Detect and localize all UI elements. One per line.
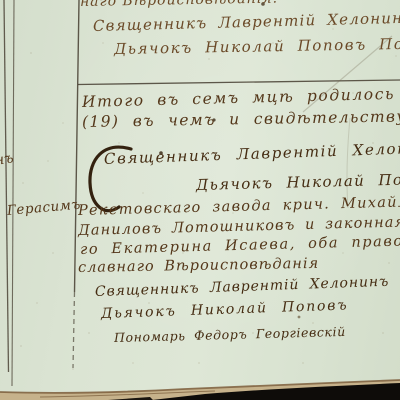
entry-text-line-2: Даниловъ Лотошниковъ и законная жена е: [78, 212, 400, 239]
column-divider-dashed: [73, 292, 75, 368]
paper-crease: [347, 118, 350, 208]
entry-text-line-4: славнаго Вѣроисповѣданія: [78, 256, 319, 276]
initial-flourish: [90, 147, 131, 211]
closing-ponomar-signature: Пономарь Федоръ Георгіевскій: [114, 324, 346, 345]
attest-priest-signature: Священникъ Лаврентій Хелони: [104, 139, 400, 168]
paper-foxing-specks: [0, 0, 2, 2]
register-page-scan: нъ Герасимъ наго Вѣроисповѣданія. Священ…: [0, 0, 400, 400]
closing-sexton-signature: Дьячокъ Николай Поповъ: [101, 297, 349, 322]
closing-priest-signature: Священникъ Лаврентій Хелонинъ: [95, 274, 390, 300]
top-priest-signature: Священникъ Лаврентій Хелонинъ Д: [93, 8, 400, 35]
entry-text-line-3: го Екатерина Исаева, оба правое- Ев: [80, 232, 400, 258]
left-rule-outer: [4, 0, 9, 372]
torn-edge-line: [0, 380, 400, 393]
entry-text-line-1: Рекетовскаго завода крич. Михайло М: [78, 193, 400, 219]
torn-edge-fiber: [40, 391, 215, 397]
attest-sexton-signature: Дьячокъ Николай Попов: [196, 170, 400, 194]
margin-cut-fragment: нъ: [0, 150, 15, 169]
summary-line-1: Итого въ семъ мцѣ родилось Му: [82, 84, 400, 111]
column-divider-solid: [75, 0, 80, 292]
torn-edge-band: [0, 380, 400, 400]
scan-background-wedge: [152, 383, 400, 400]
top-sexton-signature: Дьячокъ Николай Поповъ Понома: [114, 34, 400, 58]
paper-crease: [303, 36, 392, 112]
left-rule-inner: [12, 0, 14, 386]
section-rule: [78, 80, 400, 85]
top-text-fragment: наго Вѣроисповѣданія.: [80, 0, 278, 10]
summary-line-2: (19) въ чемъ и свидѣтельствуемъ: [82, 107, 400, 131]
table-ruling-and-torn-edge: [0, 0, 400, 400]
margin-entry-name: Герасимъ: [6, 197, 81, 219]
